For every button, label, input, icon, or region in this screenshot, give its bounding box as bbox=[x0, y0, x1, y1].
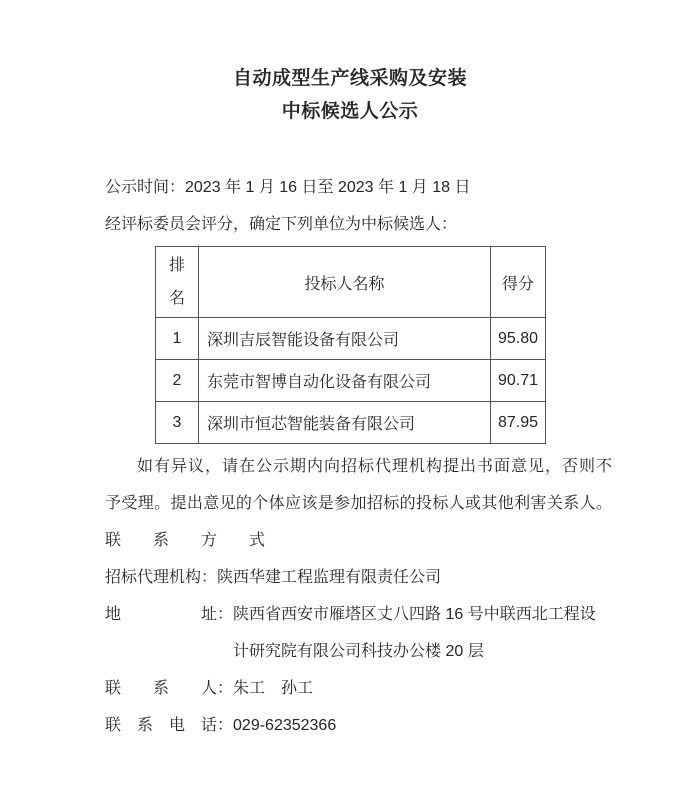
score-cell: 95.80 bbox=[491, 318, 546, 360]
contact-section-title: 联 系 方 式 bbox=[105, 522, 612, 559]
announcement-page: 自动成型生产线采购及安装 中标候选人公示 公示时间：2023 年 1 月 16 … bbox=[0, 0, 700, 797]
header-score: 得分 bbox=[491, 247, 546, 318]
address-line: 地址： 陕西省西安市雁塔区丈八四路 16 号中联西北工程设 计研究院有限公司科技… bbox=[105, 596, 612, 670]
rank-cell: 3 bbox=[156, 402, 199, 444]
table-row: 1 深圳吉辰智能设备有限公司 95.80 bbox=[156, 318, 546, 360]
contact-phone-value: 029-62352366 bbox=[233, 707, 612, 744]
document-title: 自动成型生产线采购及安装 中标候选人公示 bbox=[0, 0, 700, 128]
bidder-name-cell: 深圳吉辰智能设备有限公司 bbox=[199, 318, 491, 360]
bidder-name-cell: 东莞市智博自动化设备有限公司 bbox=[199, 360, 491, 402]
document-body: 公示时间：2023 年 1 月 16 日至 2023 年 1 月 18 日 经评… bbox=[105, 169, 612, 744]
contact-person-line: 联系人： 朱工 孙工 bbox=[105, 670, 612, 707]
publish-period-line: 公示时间：2023 年 1 月 16 日至 2023 年 1 月 18 日 bbox=[105, 169, 612, 206]
score-cell: 90.71 bbox=[491, 360, 546, 402]
table-row: 2 东莞市智博自动化设备有限公司 90.71 bbox=[156, 360, 546, 402]
contact-person-label: 联系人 bbox=[105, 670, 217, 707]
objection-paragraph: 如有异议，请在公示期内向招标代理机构提出书面意见，否则不 予受理。提出意见的个体… bbox=[105, 448, 612, 522]
agency-line: 招标代理机构： 陕西华建工程监理有限责任公司 bbox=[105, 559, 612, 596]
header-rank: 排 名 bbox=[156, 247, 199, 318]
contact-phone-line: 联系电话： 029-62352366 bbox=[105, 707, 612, 744]
header-bidder-name: 投标人名称 bbox=[199, 247, 491, 318]
table-row: 3 深圳市恒芯智能装备有限公司 87.95 bbox=[156, 402, 546, 444]
bid-candidates-table: 排 名 投标人名称 得分 1 深圳吉辰智能设备有限公司 95.80 2 东莞市智… bbox=[155, 246, 546, 444]
address-label: 地址 bbox=[105, 596, 217, 633]
address-colon: ： bbox=[217, 596, 233, 633]
agency-colon: ： bbox=[201, 559, 217, 596]
contact-phone-colon: ： bbox=[217, 707, 233, 744]
table-header-row: 排 名 投标人名称 得分 bbox=[156, 247, 546, 318]
rank-cell: 1 bbox=[156, 318, 199, 360]
rank-cell: 2 bbox=[156, 360, 199, 402]
contact-person-colon: ： bbox=[217, 670, 233, 707]
title-line-2: 中标候选人公示 bbox=[0, 95, 700, 128]
score-cell: 87.95 bbox=[491, 402, 546, 444]
agency-value: 陕西华建工程监理有限责任公司 bbox=[217, 559, 612, 596]
agency-label: 招标代理机构 bbox=[105, 559, 201, 596]
intro-line: 经评标委员会评分，确定下列单位为中标候选人： bbox=[105, 206, 612, 243]
title-line-1: 自动成型生产线采购及安装 bbox=[0, 62, 700, 95]
bidder-name-cell: 深圳市恒芯智能装备有限公司 bbox=[199, 402, 491, 444]
contact-phone-label: 联系电话 bbox=[105, 707, 217, 744]
address-value: 陕西省西安市雁塔区丈八四路 16 号中联西北工程设 计研究院有限公司科技办公楼 … bbox=[233, 596, 612, 670]
contact-person-value: 朱工 孙工 bbox=[233, 670, 612, 707]
